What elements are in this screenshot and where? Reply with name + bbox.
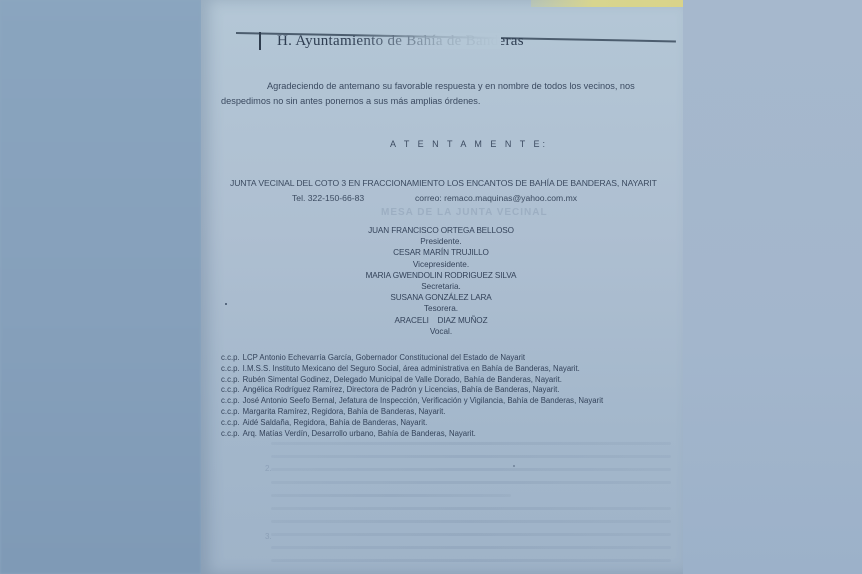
ccp-prefix: c.c.p. — [221, 375, 240, 384]
ccp-prefix: c.c.p. — [221, 418, 240, 427]
ccp-item: c.c.p.Rubén Simental Godinez, Delegado M… — [221, 375, 603, 386]
bleed-through-line — [271, 507, 671, 510]
bleed-through-line — [271, 494, 511, 497]
carbon-copy-list: c.c.p.LCP Antonio Echevarría García, Gob… — [221, 353, 603, 439]
ccp-prefix: c.c.p. — [221, 364, 240, 373]
letterhead-fade — [351, 33, 501, 49]
signer-name: JUAN FRANCISCO ORTEGA BELLOSO — [311, 225, 571, 236]
signer-name: CESAR MARÍN TRUJILLO — [311, 247, 571, 258]
signer-name: SUSANA GONZÁLEZ LARA — [311, 292, 571, 303]
bleed-through-line — [271, 481, 671, 484]
ccp-prefix: c.c.p. — [221, 385, 240, 394]
signer-role: Vicepresidente. — [311, 259, 571, 270]
signer-role: Secretaria. — [311, 281, 571, 292]
bleed-through-line — [271, 442, 671, 445]
ccp-item: c.c.p.Arq. Matías Verdín, Desarrollo urb… — [221, 429, 603, 440]
bleed-through-heading: MESA DE LA JUNTA VECINAL — [381, 207, 548, 218]
ccp-item: c.c.p.José Antonio Seefo Bernal, Jefatur… — [221, 396, 603, 407]
body-paragraph-line-2: despedimos no sin antes ponernos a sus m… — [221, 96, 480, 106]
bleed-through-line — [271, 546, 671, 549]
ccp-recipient: Margarita Ramírez, Regidora, Bahía de Ba… — [243, 407, 446, 416]
signer-role: Vocal. — [311, 326, 571, 337]
ccp-recipient: Rubén Simental Godinez, Delegado Municip… — [243, 375, 562, 384]
bleed-through-number: 2. — [265, 464, 272, 473]
bleed-through-line — [271, 559, 671, 562]
ccp-recipient: Aidé Saldaña, Regidora, Bahía de Bandera… — [243, 418, 428, 427]
ccp-prefix: c.c.p. — [221, 353, 240, 362]
ccp-item: c.c.p.Margarita Ramírez, Regidora, Bahía… — [221, 407, 603, 418]
ccp-prefix: c.c.p. — [221, 396, 240, 405]
bleed-through-number: 3. — [265, 532, 272, 541]
ccp-item: c.c.p.Angélica Rodríguez Ramírez, Direct… — [221, 385, 603, 396]
ccp-recipient: LCP Antonio Echevarría García, Gobernado… — [243, 353, 525, 362]
bleed-through-line — [271, 455, 671, 458]
signer-role: Presidente. — [311, 236, 571, 247]
blurred-background-left — [0, 0, 201, 574]
blurred-background-right — [682, 0, 862, 574]
bleed-through-line — [271, 533, 671, 536]
ccp-item: c.c.p.LCP Antonio Echevarría García, Gob… — [221, 353, 603, 364]
signer-name: ARACELI DIAZ MUÑOZ — [311, 315, 571, 326]
organization-email: correo: remaco.maquinas@yahoo.com.mx — [415, 193, 577, 203]
signer-name: MARIA GWENDOLIN RODRIGUEZ SILVA — [311, 270, 571, 281]
ccp-recipient: I.M.S.S. Instituto Mexicano del Seguro S… — [243, 364, 580, 373]
header-tick — [259, 32, 261, 50]
bleed-through-line — [271, 468, 671, 471]
ccp-recipient: Angélica Rodríguez Ramírez, Directora de… — [243, 385, 560, 394]
document-page: H. Ayuntamiento de Bahía de Banderas Agr… — [201, 0, 683, 574]
ccp-recipient: Arq. Matías Verdín, Desarrollo urbano, B… — [243, 429, 476, 438]
ccp-recipient: José Antonio Seefo Bernal, Jefatura de I… — [243, 396, 603, 405]
ink-speck — [225, 303, 227, 305]
ccp-prefix: c.c.p. — [221, 407, 240, 416]
bleed-through-line — [271, 520, 671, 523]
yellow-paper-edge — [531, 0, 683, 7]
signers-block: JUAN FRANCISCO ORTEGA BELLOSOPresidente.… — [311, 225, 571, 337]
bleed-through-text: 2.3. — [271, 442, 671, 572]
organization-phone: Tel. 322-150-66-83 — [292, 193, 364, 203]
ccp-item: c.c.p.Aidé Saldaña, Regidora, Bahía de B… — [221, 418, 603, 429]
ccp-prefix: c.c.p. — [221, 429, 240, 438]
ccp-item: c.c.p.I.M.S.S. Instituto Mexicano del Se… — [221, 364, 603, 375]
organization-name: JUNTA VECINAL DEL COTO 3 EN FRACCIONAMIE… — [230, 178, 657, 188]
signer-role: Tesorera. — [311, 303, 571, 314]
closing-salutation: A T E N T A M E N T E: — [390, 139, 548, 149]
body-paragraph-line-1: Agradeciendo de antemano su favorable re… — [267, 81, 635, 91]
